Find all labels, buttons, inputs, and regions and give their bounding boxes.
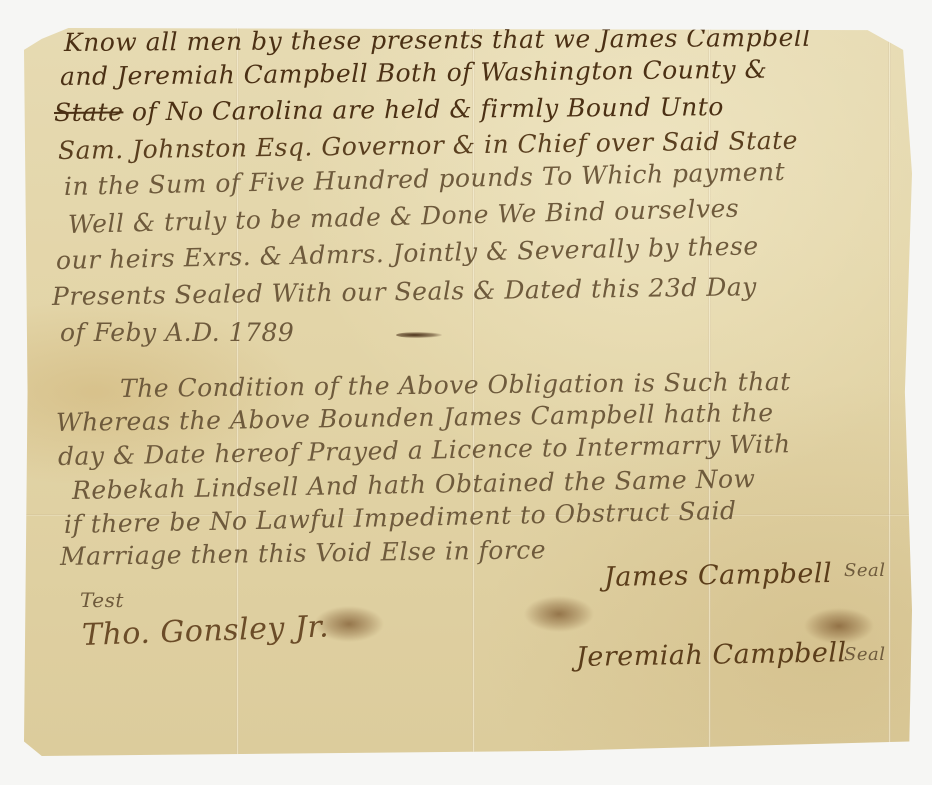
text-line: and Jeremiah Campbell Both of Washington… [60, 55, 768, 91]
vertical-fold-edge [888, 28, 891, 756]
text-line: The Condition of the Above Obligation is… [120, 367, 791, 403]
struck-word: State [54, 97, 124, 127]
text-line: our heirs Exrs. & Admrs. Jointly & Sever… [56, 231, 759, 275]
text-line: Know all men by these presents that we J… [64, 23, 811, 57]
text-line: State of No Carolina are held & firmly B… [54, 92, 724, 127]
text-remainder: of No Carolina are held & firmly Bound U… [123, 92, 724, 126]
text-line: of Feby A.D. 1789 [60, 318, 294, 347]
seal-label: Seal [844, 644, 885, 665]
witness-test-label: Test [80, 588, 124, 612]
document-page: Know all men by these presents that we J… [24, 28, 912, 756]
ink-blot-mark [314, 606, 384, 642]
witness-signature: Tho. Gonsley Jr. [81, 609, 329, 653]
signature-james-campbell: James Campbell [604, 558, 833, 593]
ink-blot-mark [524, 596, 594, 632]
signature-jeremiah-campbell: Jeremiah Campbell [576, 637, 847, 673]
text-line: Presents Sealed With our Seals & Dated t… [52, 272, 757, 311]
seal-label: Seal [844, 560, 885, 581]
text-line: Well & truly to be made & Done We Bind o… [68, 194, 740, 239]
ink-flourish [396, 332, 442, 338]
